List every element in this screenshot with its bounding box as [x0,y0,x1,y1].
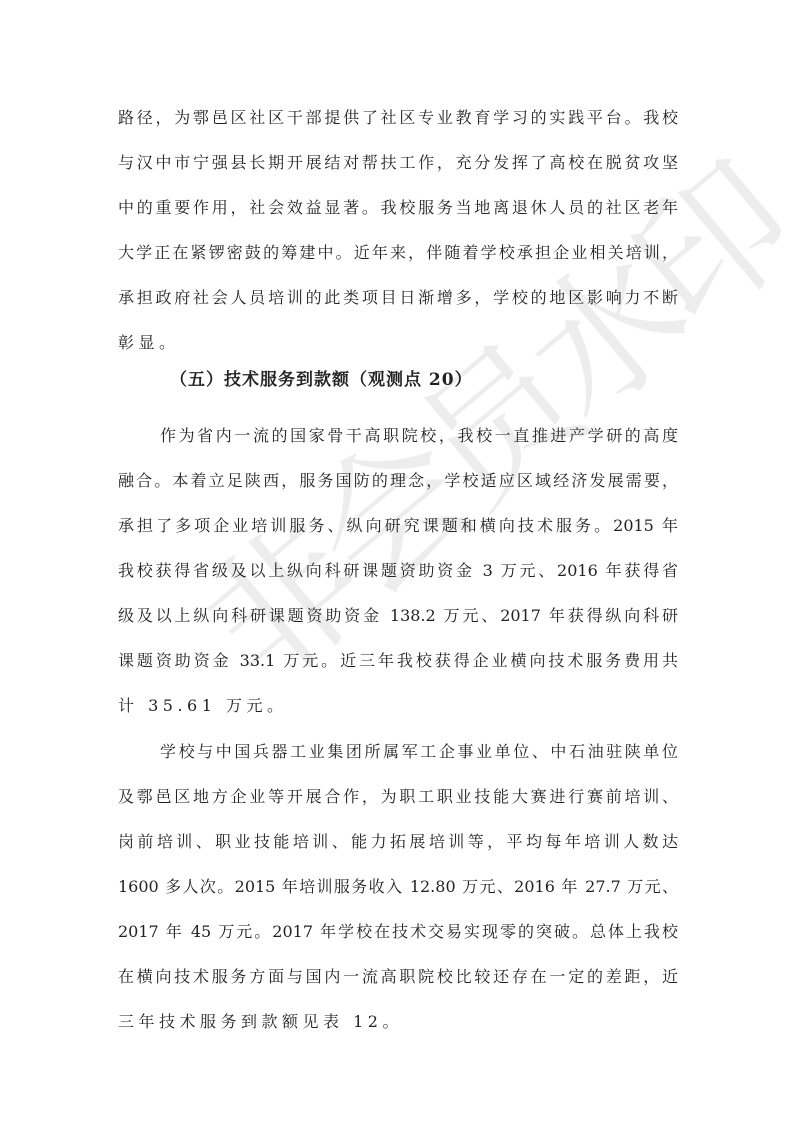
paragraph-line: 级及以上纵向科研课题资助资金 138.2 万元、2017 年获得纵向科研 [118,604,678,628]
paragraph-line: 计 35.61 万元。 [118,694,678,718]
paragraph-line: 我校获得省级及以上纵向科研课题资助资金 3 万元、2016 年获得省 [118,559,678,583]
paragraph-line: 课题资助资金 33.1 万元。近三年我校获得企业横向技术服务费用共 [118,649,678,673]
paragraph-line: 1600 多人次。2015 年培训服务收入 12.80 万元、2016 年 27… [118,875,678,899]
paragraph-line: 承担了多项企业培训服务、纵向研究课题和横向技术服务。2015 年 [118,514,678,538]
paragraph-line: 学校与中国兵器工业集团所属军工企事业单位、中石油驻陕单位 [160,740,678,764]
paragraph-line: 中的重要作用，社会效益显著。我校服务当地离退休人员的社区老年 [118,196,678,220]
paragraph-line: 彰显。 [118,331,678,355]
paragraph-line: 作为省内一流的国家骨干高职院校，我校一直推进产学研的高度 [160,424,678,448]
paragraph-line: 及鄠邑区地方企业等开展合作，为职工职业技能大赛进行赛前培训、 [118,785,678,809]
paragraph-line: 路径，为鄠邑区社区干部提供了社区专业教育学习的实践平台。我校 [118,106,678,130]
paragraph-line: 三年技术服务到款额见表 12。 [118,1010,678,1034]
paragraph-line: 在横向技术服务方面与国内一流高职院校比较还存在一定的差距，近 [118,965,678,989]
paragraph-line: 2017 年 45 万元。2017 年学校在技术交易实现零的突破。总体上我校 [118,920,678,944]
paragraph-line: 大学正在紧锣密鼓的筹建中。近年来，伴随着学校承担企业相关培训， [118,241,678,265]
paragraph-line: 岗前培训、职业技能培训、能力拓展培训等，平均每年培训人数达 [118,830,678,854]
paragraph-line: 承担政府社会人员培训的此类项目日渐增多，学校的地区影响力不断 [118,286,678,310]
document-page: 非会员水印 路径，为鄠邑区社区干部提供了社区专业教育学习的实践平台。我校 与汉中… [0,0,793,1122]
paragraph-line: 与汉中市宁强县长期开展结对帮扶工作，充分发挥了高校在脱贫攻坚 [118,151,678,175]
paragraph-line: 融合。本着立足陕西，服务国防的理念，学校适应区域经济发展需要， [118,469,678,493]
section-heading: （五）技术服务到款额（观测点 20） [170,368,473,392]
